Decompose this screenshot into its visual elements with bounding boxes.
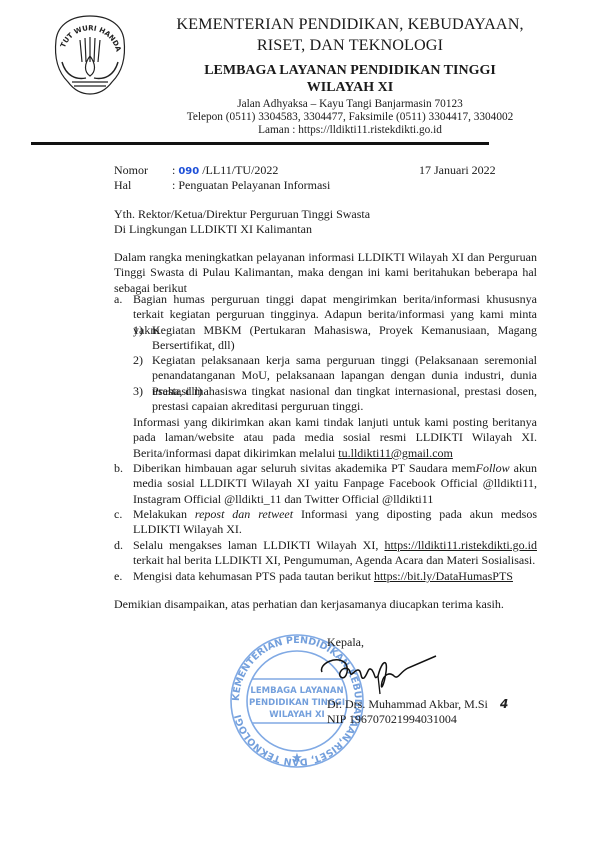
signatory-name: Dr. Drs. Muhammad Akbar, M.Si (327, 697, 488, 712)
item-a-followup-text: Informasi yang dikirimkan akan kami tind… (133, 415, 537, 460)
item-c-text: Melakukan repost dan retweet Informasi y… (133, 507, 537, 538)
ministry-name-line1: KEMENTERIAN PENDIDIKAN, KEBUDAYAAN, (140, 15, 560, 34)
item-a1-marker: 1) (133, 323, 143, 338)
paraf-initial: 4 (500, 697, 508, 711)
item-d-text-post: terkait hal berita LLDIKTI XI, Pengumuma… (133, 553, 535, 567)
item-e-text-pre: Mengisi data kehumasan PTS pada tautan b… (133, 569, 374, 583)
header-divider (31, 142, 489, 145)
ministry-name-line2: RISET, DAN TEKNOLOGI (140, 36, 560, 55)
svg-text:WILAYAH XI: WILAYAH XI (269, 710, 324, 720)
agency-name-line2: WILAYAH XI (140, 80, 560, 96)
recipient-line1: Yth. Rektor/Ketua/Direktur Perguruan Tin… (114, 207, 370, 222)
nomor-separator: : (172, 163, 175, 177)
emblem-icon: TUT WURI HANDAYANI (50, 10, 130, 106)
item-b-text-pre: Diberikan himbauan agar seluruh sivitas … (133, 461, 476, 475)
agency-address: Jalan Adhyaksa – Kayu Tangi Banjarmasin … (140, 98, 560, 110)
agency-phone: Telepon (0511) 3304583, 3304477, Faksimi… (140, 111, 560, 123)
item-d-text-pre: Selalu mengakses laman LLDIKTI Wilayah X… (133, 538, 384, 552)
item-c-text-pre: Melakukan (133, 507, 195, 521)
item-e-marker: e. (114, 569, 122, 584)
agency-name-line1: LEMBAGA LAYANAN PENDIDIKAN TINGGI (140, 63, 560, 79)
email-link[interactable]: tu.lldikti11@gmail.com (338, 446, 453, 460)
intro-paragraph: Dalam rangka meningkatkan pelayanan info… (114, 250, 537, 296)
signatory-nip: NIP 196707021994031004 (327, 712, 457, 727)
closing-paragraph: Demikian disampaikan, atas perhatian dan… (114, 597, 504, 612)
item-b-text-italic: Follow (476, 461, 510, 475)
item-e-text: Mengisi data kehumasan PTS pada tautan b… (133, 569, 513, 584)
item-c-marker: c. (114, 507, 122, 522)
svg-text:★: ★ (291, 750, 303, 765)
recipient-line2: Di Lingkungan LLDIKTI XI Kalimantan (114, 222, 312, 237)
item-b-marker: b. (114, 461, 123, 476)
item-d-marker: d. (114, 538, 123, 553)
item-a3-text: Prestasi mahasiswa tingkat nasional dan … (152, 384, 537, 415)
nomor-handwritten-number: 090 (178, 166, 199, 177)
handwritten-signature (318, 650, 468, 696)
item-a3-marker: 3) (133, 384, 143, 399)
item-a-followup: Informasi yang dikirimkan akan kami tind… (133, 415, 537, 461)
nomor-value: /LL11/TU/2022 (202, 163, 278, 177)
nomor-field: : 090 /LL11/TU/2022 (172, 163, 278, 179)
tut-wuri-handayani-logo: TUT WURI HANDAYANI (50, 10, 130, 106)
item-a1-text: Kegiatan MBKM (Pertukaran Mahasiswa, Pro… (152, 323, 537, 354)
data-humas-link[interactable]: https://bit.ly/DataHumasPTS (374, 569, 513, 583)
signatory-title: Kepala, (327, 635, 364, 650)
nomor-label: Nomor (114, 163, 148, 178)
website-link[interactable]: https://lldikti11.ristekdikti.go.id (384, 538, 537, 552)
item-d-text: Selalu mengakses laman LLDIKTI Wilayah X… (133, 538, 537, 569)
item-c-text-italic: repost dan retweet (195, 507, 293, 521)
signature-icon (318, 650, 468, 696)
item-a2-marker: 2) (133, 353, 143, 368)
letter-date: 17 Januari 2022 (419, 163, 496, 178)
agency-website: Laman : https://lldikti11.ristekdikti.go… (140, 124, 560, 136)
hal-value: : Penguatan Pelayanan Informasi (172, 178, 330, 193)
item-a-marker: a. (114, 292, 122, 307)
item-b-text: Diberikan himbauan agar seluruh sivitas … (133, 461, 537, 507)
hal-label: Hal (114, 178, 131, 193)
